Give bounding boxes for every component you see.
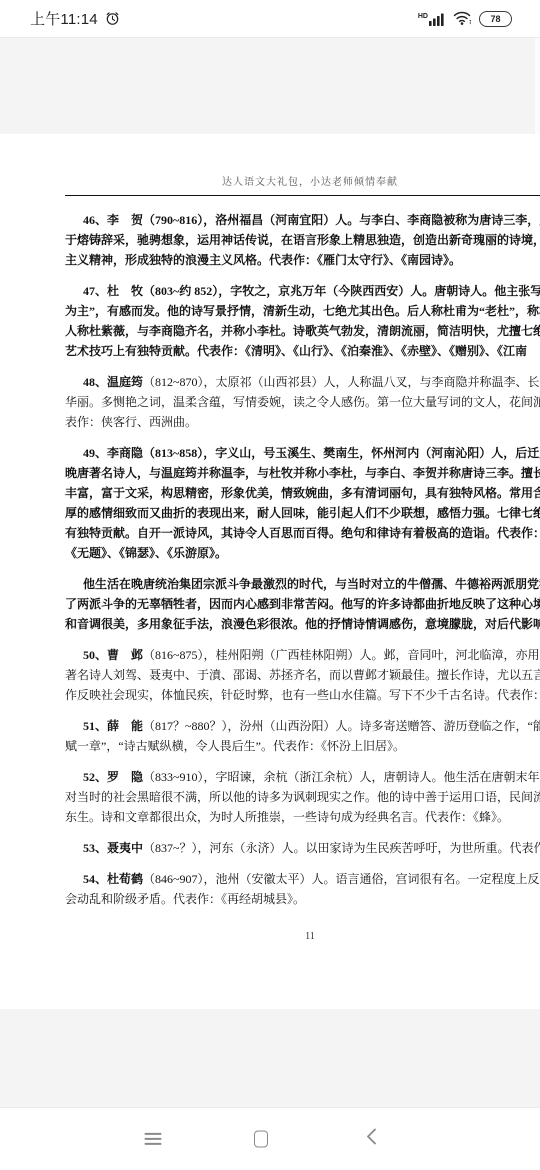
- document-line: 53、聂夷中（837~？），河东（永济）人。以田家诗为生民疾苦呼吁，为世所重。代…: [65, 838, 540, 858]
- scrollbar-track[interactable]: [535, 38, 540, 134]
- navigation-bar: [0, 1108, 540, 1170]
- document-line: 丰富，富于文采，构思精密，形象优美，情致婉曲，多有清词丽句，具有独特风格。常用含…: [65, 483, 540, 503]
- entry-name: 48、温庭筠: [83, 375, 143, 389]
- document-line: 和音调很美，多用象征手法，浪漫色彩很浓。他的抒情诗情调感伤，意境朦胧，对后代影响…: [65, 614, 540, 634]
- document-line: 46、李 贺（790~816），洛州福昌（河南宜阳）人。与李白、李商隐被称为唐诗…: [65, 210, 540, 230]
- document-line: 他生活在晚唐统治集团宗派斗争最激烈的时代，与当时对立的牛僧孺、牛德裕两派朋党都有…: [65, 574, 540, 594]
- document-line: 华丽。多恻艳之词，温柔含蕴，写情委婉，读之令人感伤。第一位大量写词的文人，花间派…: [65, 392, 540, 412]
- document-line: 了两派斗争的无辜牺牲者，因而内心感到非常苦闷。他写的许多诗都曲折地反映了这种心境…: [65, 594, 540, 614]
- hd-badge: HD: [418, 13, 428, 20]
- entry-name: 51、薛 能: [83, 719, 143, 733]
- status-bar: 上午11:14 HD: [0, 0, 540, 38]
- document-body: 46、李 贺（790~816），洛州福昌（河南宜阳）人。与李白、李商隐被称为唐诗…: [65, 210, 540, 909]
- entry-name: 52、罗 隐: [83, 770, 143, 784]
- battery-icon: 78: [479, 11, 512, 27]
- entry-name: 46、李 贺: [83, 213, 143, 227]
- document-line: 主义精神，形成独特的浪漫主义风格。代表作：《雁门太守行》、《南园诗》。: [65, 250, 540, 270]
- viewer-background-top: [0, 38, 540, 134]
- document-paragraph: 51、薛 能（817？~880？），汾州（山西汾阳）人。诗多寄送赠答、游历登临之…: [65, 716, 540, 756]
- document-line: 著名诗人刘驾、聂夷中、于濆、邵谒、苏拯齐名，而以曹邺才颖最佳。擅长作诗，尤以五言…: [65, 665, 540, 685]
- document-line: 于熔铸辞采，驰骋想象，运用神话传说，在语言形象上精思独造，创造出新奇瑰丽的诗境，…: [65, 230, 540, 250]
- document-line: 为主”，有感而发。他的诗写景抒情，清新生动，七绝尤其出色。后人称杜甫为“老杜”，…: [65, 301, 540, 321]
- entry-name: 50、曹 邺: [83, 648, 143, 662]
- document-line: 有独特贡献。自开一派诗风，其诗令人百思而百得。绝句和律诗有着极高的造诣。代表作：…: [65, 523, 540, 543]
- entry-name: 49、李商隐: [83, 446, 143, 460]
- status-bar-right: HD 78: [418, 11, 540, 27]
- document-line: 54、杜荀鹤（846~907），池州（安徽太平）人。语言通俗，宫词很有名。一定程…: [65, 869, 540, 889]
- document-paragraph: 53、聂夷中（837~？），河东（永济）人。以田家诗为生民疾苦呼吁，为世所重。代…: [65, 838, 540, 858]
- document-paragraph: 52、罗 隐（833~910），字昭谏，余杭（浙江余杭）人，唐朝诗人。他生活在唐…: [65, 767, 540, 827]
- document-page[interactable]: 达人语文大礼包，小达老师倾情奉献 46、李 贺（790~816），洛州福昌（河南…: [0, 134, 540, 1009]
- document-line: 52、罗 隐（833~910），字昭谏，余杭（浙江余杭）人，唐朝诗人。他生活在唐…: [65, 767, 540, 787]
- document-paragraph: 49、李商隐（813~858），字义山，号玉溪生、樊南生，怀州河内（河南沁阳）人…: [65, 443, 540, 563]
- entry-name: 47、杜 牧: [83, 284, 143, 298]
- page-number: 11: [65, 931, 540, 942]
- document-line: 厚的感情细致而又曲折的表现出来，耐人回味，能引起人们不少联想，感悟力强。七律七绝…: [65, 503, 540, 523]
- recents-icon: [254, 1131, 268, 1148]
- menu-button[interactable]: [137, 1122, 170, 1156]
- header-rule: [65, 195, 540, 196]
- signal-bars-icon: HD: [418, 12, 447, 26]
- document-line: 东生。诗和文章都很出众，为时人所推崇，一些诗句成为经典名言。代表作：《蜂》。: [65, 807, 540, 827]
- document-line: 《无题》、《锦瑟》、《乐游原》。: [65, 543, 540, 563]
- document-line: 表作：侠客行、西洲曲。: [65, 412, 540, 432]
- document-paragraph: 46、李 贺（790~816），洛州福昌（河南宜阳）人。与李白、李商隐被称为唐诗…: [65, 210, 540, 270]
- document-paragraph: 50、曹 邺（816~875），桂州阳朔（广西桂林阳朔）人。邺，音同叶，河北临漳…: [65, 645, 540, 705]
- menu-icon: [145, 1133, 162, 1145]
- recents-button[interactable]: [246, 1123, 276, 1156]
- wifi-icon: [453, 11, 473, 26]
- document-paragraph: 54、杜荀鹤（846~907），池州（安徽太平）人。语言通俗，宫词很有名。一定程…: [65, 869, 540, 909]
- document-line: 赋一章”，“诗古赋纵横，令人畏后生”。代表作：《怀汾上旧居》。: [65, 736, 540, 756]
- document-line: 晚唐著名诗人，与温庭筠并称温李，与杜牧并称小李杜，与李白、李贺并称唐诗三李。擅长…: [65, 463, 540, 483]
- document-paragraph: 他生活在晚唐统治集团宗派斗争最激烈的时代，与当时对立的牛僧孺、牛德裕两派朋党都有…: [65, 574, 540, 634]
- document-line: 作反映社会现实，体恤民疾，针砭时弊，也有一些山水佳篇。写下不少千古名诗。代表作：…: [65, 685, 540, 705]
- document-line: 48、温庭筠（812~870），太原祁（山西祁县）人，人称温八叉，与李商隐并称温…: [65, 372, 540, 392]
- document-line: 会动乱和阶级矛盾。代表作：《再经胡城县》。: [65, 889, 540, 909]
- entry-name: 53、聂夷中: [83, 841, 143, 855]
- document-line: 51、薛 能（817？~880？），汾州（山西汾阳）人。诗多寄送赠答、游历登临之…: [65, 716, 540, 736]
- document-paragraph: 47、杜 牧（803~约 852），字牧之，京兆万年（今陕西西安）人。唐朝诗人。…: [65, 281, 540, 361]
- status-bar-left: 上午11:14: [0, 8, 120, 29]
- battery-percent: 78: [490, 14, 500, 24]
- viewer-background-bottom: [0, 1009, 540, 1108]
- document-line: 49、李商隐（813~858），字义山，号玉溪生、樊南生，怀州河内（河南沁阳）人…: [65, 443, 540, 463]
- document-line: 50、曹 邺（816~875），桂州阳朔（广西桂林阳朔）人。邺，音同叶，河北临漳…: [65, 645, 540, 665]
- document-line: 对当时的社会黑暗很不满，所以他的诗多为讽刺现实之作。他的诗中善于运用口语，民间流…: [65, 787, 540, 807]
- document-paragraph: 48、温庭筠（812~870），太原祁（山西祁县）人，人称温八叉，与李商隐并称温…: [65, 372, 540, 432]
- document-header: 达人语文大礼包，小达老师倾情奉献: [65, 176, 540, 190]
- document-line: 人称杜紫薇，与李商隐齐名，并称小李杜。诗歌英气勃发，清朗流丽，简洁明快，尤擅七绝…: [65, 321, 540, 341]
- alarm-clock-icon: [105, 11, 120, 26]
- entry-name: 54、杜荀鹤: [83, 872, 143, 886]
- back-icon: [365, 1128, 377, 1146]
- document-line: 47、杜 牧（803~约 852），字牧之，京兆万年（今陕西西安）人。唐朝诗人。…: [65, 281, 540, 301]
- back-button[interactable]: [357, 1120, 385, 1159]
- document-line: 艺术技巧上有独特贡献。代表作：《清明》、《山行》、《泊秦淮》、《赤壁》、《赠别》…: [65, 341, 540, 361]
- clock-time: 上午11:14: [30, 8, 98, 29]
